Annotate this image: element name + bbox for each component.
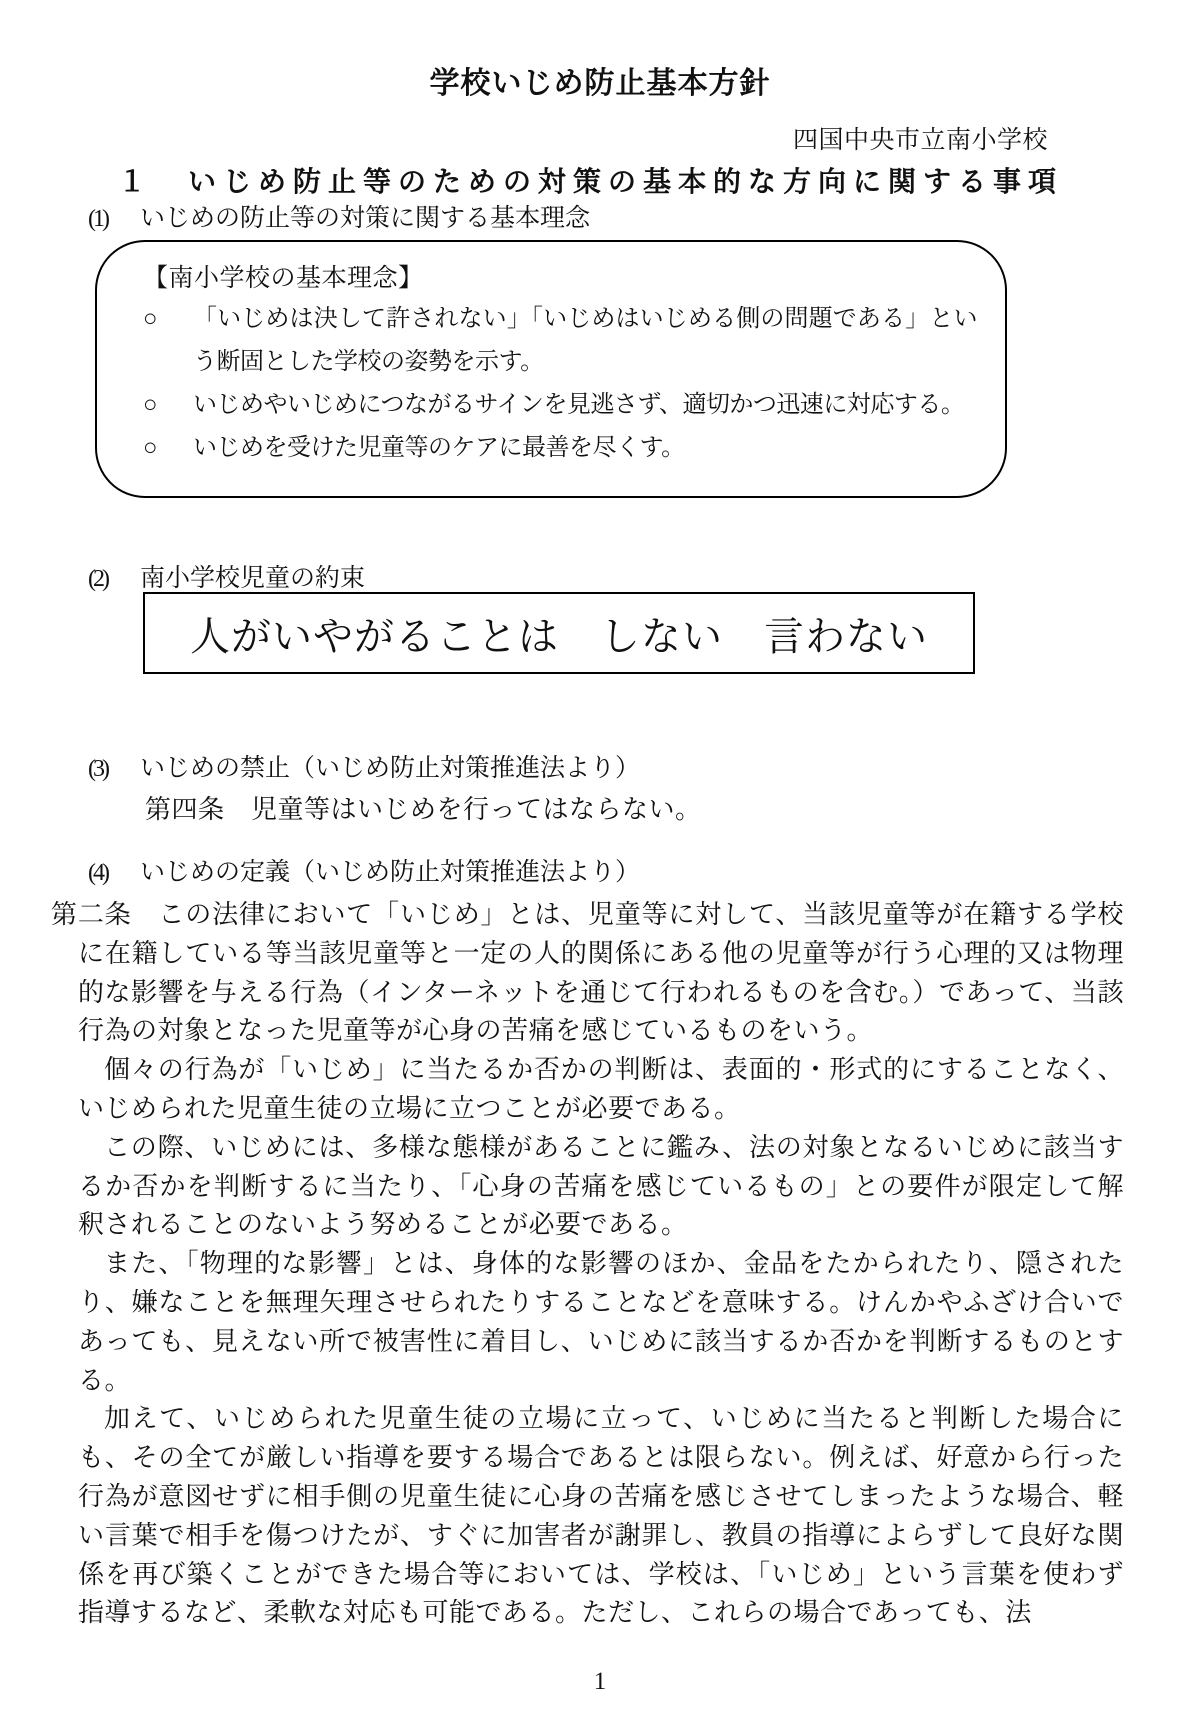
page-number: 1	[0, 1668, 1200, 1696]
item-4-marker: (4)	[88, 860, 140, 887]
definition-paragraph-1: 個々の行為が「いじめ」に当たるか否かの判断は、表面的・形式的にすることなく、いじ…	[78, 1051, 1124, 1129]
philosophy-bullet-3: ○ いじめを受けた児童等のケアに最善を尽くす。	[143, 427, 977, 470]
definition-paragraph-2: この際、いじめには、多様な態様があることに鑑み、法の対象となるいじめに該当するか…	[78, 1129, 1124, 1245]
philosophy-box-heading: 【南小学校の基本理念】	[143, 258, 977, 298]
item-3-bullying-prohibition: (3)いじめの禁止（いじめ防止対策推進法より）	[88, 748, 640, 784]
promise-slogan-box: 人がいやがることは しない 言わない	[143, 592, 975, 674]
article-4-text: 第四条 児童等はいじめを行ってはならない。	[145, 791, 702, 829]
item-1-marker: (1)	[88, 206, 140, 233]
philosophy-bullet-1-text: 「いじめは決して許されない」「いじめはいじめる側の問題である」という断固とした学…	[193, 298, 977, 384]
circle-bullet-icon: ○	[143, 384, 193, 427]
philosophy-bullet-2-text: いじめやいじめにつながるサインを見逃さず、適切かつ迅速に対応する。	[193, 384, 977, 427]
item-2-children-promise: (2)南小学校児童の約束	[88, 558, 365, 594]
item-3-marker: (3)	[88, 756, 140, 783]
article-2-text: 第二条 この法律において「いじめ」とは、児童等に対して、当該児童等が在籍する学校…	[78, 896, 1124, 1051]
item-4-bullying-definition: (4)いじめの定義（いじめ防止対策推進法より）	[88, 852, 640, 888]
school-name: 四国中央市立南小学校	[0, 120, 1200, 156]
item-2-marker: (2)	[88, 566, 140, 593]
philosophy-bullet-1: ○ 「いじめは決して許されない」「いじめはいじめる側の問題である」という断固とし…	[143, 298, 977, 384]
promise-slogan-text: 人がいやがることは しない 言わない	[190, 605, 928, 662]
basic-philosophy-box: 【南小学校の基本理念】 ○ 「いじめは決して許されない」「いじめはいじめる側の問…	[95, 240, 1007, 498]
item-2-label: 南小学校児童の約束	[140, 565, 365, 592]
item-1-label: いじめの防止等の対策に関する基本理念	[140, 205, 590, 232]
definition-body-text: 第二条 この法律において「いじめ」とは、児童等に対して、当該児童等が在籍する学校…	[78, 896, 1124, 1633]
definition-paragraph-3: また、「物理的な影響」とは、身体的な影響のほか、金品をたかられたり、隠されたり、…	[78, 1245, 1124, 1400]
item-4-label: いじめの定義（いじめ防止対策推進法より）	[140, 859, 640, 886]
philosophy-bullet-3-text: いじめを受けた児童等のケアに最善を尽くす。	[193, 427, 977, 470]
definition-paragraph-4: 加えて、いじめられた児童生徒の立場に立って、いじめに当たると判断した場合にも、そ…	[78, 1400, 1124, 1633]
document-title: 学校いじめ防止基本方針	[0, 58, 1200, 102]
philosophy-bullet-2: ○ いじめやいじめにつながるサインを見逃さず、適切かつ迅速に対応する。	[143, 384, 977, 427]
circle-bullet-icon: ○	[143, 427, 193, 470]
circle-bullet-icon: ○	[143, 298, 193, 341]
item-1-basic-philosophy: (1)いじめの防止等の対策に関する基本理念	[88, 198, 590, 234]
section-1-heading: １ いじめ防止等のための対策の基本的な方向に関する事項	[118, 160, 1063, 200]
item-3-label: いじめの禁止（いじめ防止対策推進法より）	[140, 755, 640, 782]
